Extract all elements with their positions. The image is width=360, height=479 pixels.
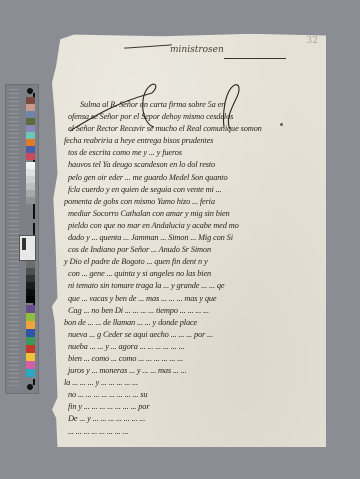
- manuscript-line: nueva ... g Ceder se aqui aecho ... ... …: [62, 329, 320, 341]
- manuscript-line: y Dio el padre de Bogoto ... quen fin de…: [62, 256, 320, 268]
- manuscript-line: nueba ... ... y ... agora ... ... ... ..…: [62, 341, 320, 353]
- color-patch: [26, 313, 35, 321]
- color-patch: [26, 369, 35, 377]
- manuscript-line: cos de Indiano por Señor ... Anudo Sr Si…: [62, 244, 320, 256]
- registration-dot-top: [27, 88, 33, 94]
- manuscript-line: De ... y ... ... ... ... ... ... ...: [62, 413, 320, 425]
- header-rule-right: [224, 58, 286, 59]
- page-number: 32: [307, 36, 318, 46]
- color-patch: [26, 305, 35, 313]
- manuscript-line: ... ... ... ... ... ... ... ...: [62, 426, 320, 438]
- color-patch: [26, 329, 35, 337]
- manuscript-line: fecha reabriria a heye entrega bisos pru…: [62, 135, 320, 147]
- scale-ticks: [9, 89, 19, 389]
- color-patch: [26, 353, 35, 361]
- gray-patch: [26, 197, 35, 204]
- color-patch: [26, 345, 35, 353]
- dark-patch: [26, 268, 35, 275]
- color-patch: [26, 97, 35, 104]
- dark-patch: [26, 282, 35, 289]
- color-patch: [26, 132, 35, 139]
- manuscript-line: tos de escrita como me y ... y fueros: [62, 147, 320, 159]
- manuscript-line: Cag ... no ben Di ... ... ... ... tiempo…: [62, 305, 320, 317]
- manuscript-line: ni temato sin tomare traga la ... y gran…: [62, 280, 320, 292]
- color-patch: [26, 146, 35, 153]
- color-patch: [26, 111, 35, 118]
- manuscript-line: Sulma al R. Señor un carta firma sobre 5…: [62, 99, 320, 111]
- color-patch: [26, 125, 35, 132]
- header-word: ministrosen: [170, 45, 224, 55]
- manuscript-line: la ... ... ... y ... ... ... ... ...: [62, 377, 320, 389]
- scale-box: [19, 235, 36, 261]
- color-patch: [26, 321, 35, 329]
- registration-dot-bottom: [27, 384, 33, 390]
- color-patch: [26, 139, 35, 146]
- manuscript-line: con ... gene ... quinta y si angeles no …: [62, 268, 320, 280]
- manuscript-line: pelo gen oir eder ... me guardo Medel So…: [62, 172, 320, 184]
- color-patch: [26, 118, 35, 125]
- manuscript-line: hauvos tel Ya deugo scandeson en lo dol …: [62, 159, 320, 171]
- color-patch: [26, 337, 35, 345]
- dark-patch: [26, 261, 35, 268]
- manuscript-line: bien ... como ... como ... ... ... ... .…: [62, 353, 320, 365]
- color-calibration-target: [5, 84, 39, 394]
- dark-patch: [26, 275, 35, 282]
- manuscript-line: que ... vacas y ben de ... mas ... ... .…: [62, 293, 320, 305]
- manuscript-line: juros y ... moneras ... y ... ... mas ..…: [62, 365, 320, 377]
- manuscript-line: pieldo con que no mar en Andalucia y aca…: [62, 220, 320, 232]
- ink-spot: [280, 123, 283, 126]
- dark-patch: [26, 289, 35, 296]
- manuscript-line: pomenta de gobs con mismo Yamo hizo ... …: [62, 196, 320, 208]
- color-patch: [26, 153, 35, 160]
- gray-patch: [26, 169, 35, 176]
- manuscript-line: dado y ... quenta ... Jamman ... Simon .…: [62, 232, 320, 244]
- dark-patch: [26, 296, 35, 303]
- gray-patch: [26, 162, 35, 169]
- manuscript-line: mediar Socorro Cathalan con amar y mig s…: [62, 208, 320, 220]
- color-patch: [26, 361, 35, 369]
- gray-patch: [26, 190, 35, 197]
- gray-patch: [26, 183, 35, 190]
- manuscript-line: fin y ... ... ... ... ... ... ... por: [62, 401, 320, 413]
- letter-body: Sulma al R. Señor un carta firma sobre 5…: [62, 99, 320, 438]
- gray-patch: [26, 176, 35, 183]
- manuscript-page: 32 ministrosen Sulma al R. Señor un cart…: [52, 33, 326, 447]
- header-rule-left: [124, 44, 172, 48]
- manuscript-line: ofensa se Señor por el Sepor dehoy mismo…: [62, 111, 320, 123]
- manuscript-line: fcla cuerdo y en quien de seguia con ven…: [62, 184, 320, 196]
- color-patch: [26, 104, 35, 111]
- manuscript-line: bon de ... ... de llaman ... ... y donde…: [62, 317, 320, 329]
- manuscript-line: no ... ... ... ... ... ... ... ... su: [62, 389, 320, 401]
